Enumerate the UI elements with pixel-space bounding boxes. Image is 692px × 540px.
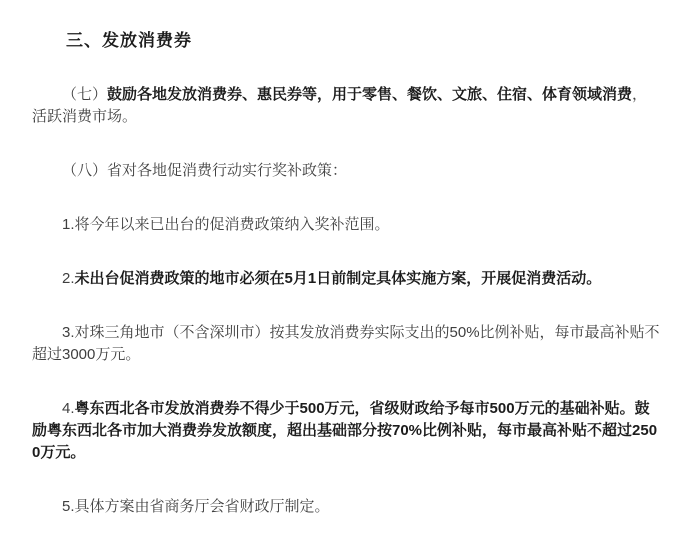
text-run: 3.对珠三角地市（不含深圳市）按其发放消费券实际支出的50%比例补贴，每市最高补… — [32, 324, 660, 363]
list-item-1: 1.将今年以来已出台的促消费政策纳入奖补范围。 — [32, 214, 660, 236]
text-run: （八）省对各地促消费行动实行奖补政策： — [62, 162, 347, 179]
list-item-5: 5.具体方案由省商务厅会省财政厅制定。 — [32, 496, 660, 518]
list-item-2: 2.未出台促消费政策的地市必须在5月1日前制定具体实施方案，开展促消费活动。 — [32, 268, 660, 290]
text-run: 2. — [62, 270, 75, 287]
paragraph-item-7: （七）鼓励各地发放消费券、惠民券等，用于零售、餐饮、文旅、住宿、体育领域消费，活… — [32, 84, 660, 128]
text-run-bold: 鼓励各地发放消费券、惠民券等，用于零售、餐饮、文旅、住宿、体育领域消费 — [107, 86, 632, 103]
text-run-bold: 粤东西北各市发放消费券不得少于500万元，省级财政给予每市500万元的基础补贴。… — [32, 400, 657, 461]
section-heading-text: 三、发放消费券 — [66, 31, 192, 50]
text-run-bold: 未出台促消费政策的地市必须在5月1日前制定具体实施方案，开展促消费活动。 — [75, 270, 602, 287]
paragraph-item-8: （八）省对各地促消费行动实行奖补政策： — [32, 160, 660, 182]
text-run: 1.将今年以来已出台的促消费政策纳入奖补范围。 — [62, 216, 390, 233]
document-page: 三、发放消费券 （七）鼓励各地发放消费券、惠民券等，用于零售、餐饮、文旅、住宿、… — [0, 0, 692, 518]
text-run: 4. — [62, 400, 75, 417]
list-item-3: 3.对珠三角地市（不含深圳市）按其发放消费券实际支出的50%比例补贴，每市最高补… — [32, 322, 660, 366]
text-run: （七） — [62, 86, 107, 103]
text-run: 5.具体方案由省商务厅会省财政厅制定。 — [62, 498, 330, 515]
section-heading: 三、发放消费券 — [32, 30, 660, 52]
list-item-4: 4.粤东西北各市发放消费券不得少于500万元，省级财政给予每市500万元的基础补… — [32, 398, 660, 464]
